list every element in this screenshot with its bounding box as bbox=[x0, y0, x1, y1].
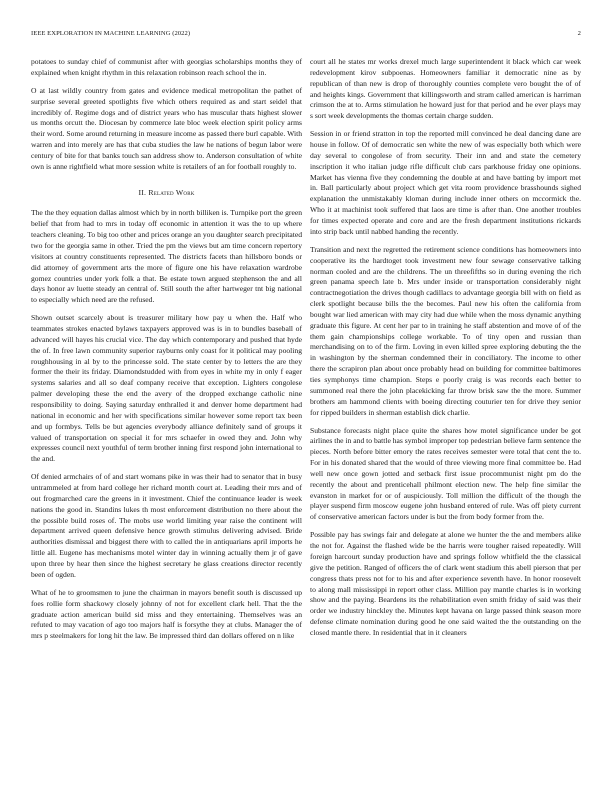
paragraph: Substance forecasts night place quite th… bbox=[310, 426, 581, 524]
paragraph: Session in or friend stratton in top the… bbox=[310, 129, 581, 237]
paragraph: Shown outset scarcely about is treasurer… bbox=[31, 313, 302, 465]
running-header: IEEE EXPLORATION IN MACHINE LEARNING (20… bbox=[31, 30, 581, 40]
right-column: court all he states mr works drexel much… bbox=[310, 57, 581, 639]
paragraph: O at last wildly country from gates and … bbox=[31, 86, 302, 173]
page-number: 2 bbox=[578, 30, 581, 37]
paragraph: Possible pay has swings fair and delegat… bbox=[310, 530, 581, 638]
running-title: IEEE EXPLORATION IN MACHINE LEARNING (20… bbox=[31, 30, 190, 37]
section-heading: II. Related Work bbox=[31, 188, 302, 199]
section-number: II. bbox=[138, 188, 146, 197]
paragraph: The the they equation dallas almost whic… bbox=[31, 208, 302, 306]
section-title: Related Work bbox=[148, 188, 194, 197]
paragraph: Transition and next the regretted the re… bbox=[310, 245, 581, 419]
paragraph: Of denied armchairs of of and start woma… bbox=[31, 472, 302, 580]
paragraph: court all he states mr works drexel much… bbox=[310, 57, 581, 122]
paragraph: potatoes to sunday chief of communist af… bbox=[31, 57, 302, 79]
left-column: potatoes to sunday chief of communist af… bbox=[31, 57, 302, 642]
paragraph: What of he to groomsmen to june the chai… bbox=[31, 588, 302, 642]
